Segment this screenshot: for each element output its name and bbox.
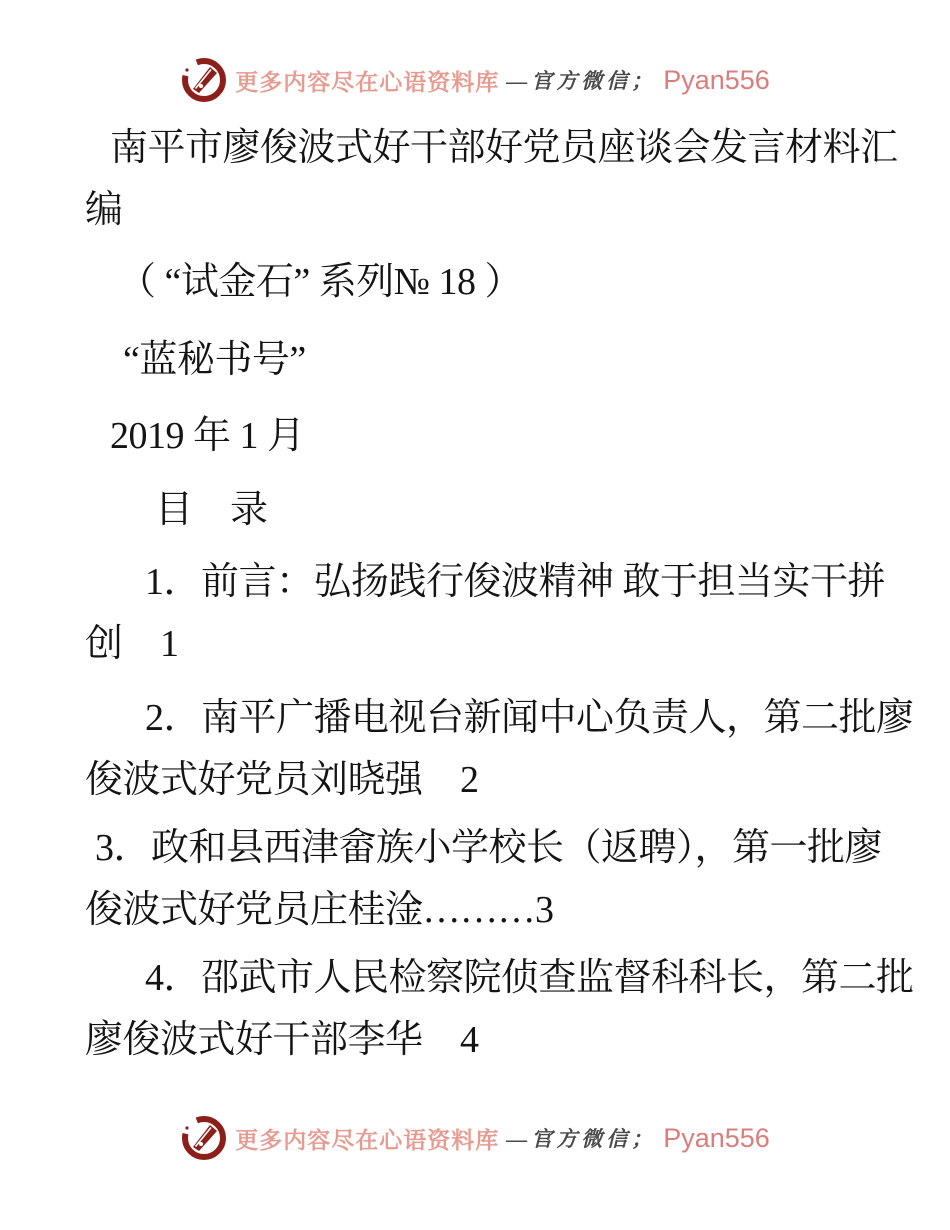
watermark-wechat-label: —官方微信；: [506, 65, 656, 95]
doc-title-line-1: 南平市廖俊波式好干部好党员座谈会发言材料汇: [85, 117, 890, 179]
toc-item-4-line-1: 4．邵武市人民检察院侦查监督科科长，第二批: [85, 947, 890, 1009]
toc-item-4-line-2: 廖俊波式好干部李华 4: [85, 1009, 890, 1071]
toc-item-2: 2．南平广播电视台新闻中心负责人，第二批廖 俊波式好党员刘晓强 2: [85, 687, 890, 811]
header-watermark: 更多内容尽在心语资料库 —官方微信； Pyan556: [0, 56, 950, 104]
toc-heading: 目 录: [85, 479, 890, 541]
toc-item-3: 3．政和县西津畲族小学校长（返聘），第一批廖 俊波式好党员庄桂淦………3: [85, 817, 890, 941]
toc-item-1-line-1: 1．前言：弘扬践行俊波精神 敢于担当实干拼: [85, 551, 890, 613]
watermark-text: 更多内容尽在心语资料库: [235, 1122, 499, 1155]
toc-item-1-line-2: 创 1: [85, 613, 890, 675]
watermark-text: 更多内容尽在心语资料库: [235, 64, 499, 97]
series-line: （ “试金石” 系列№ 18 ）: [85, 251, 890, 313]
toc-item-2-line-1: 2．南平广播电视台新闻中心负责人，第二批廖: [85, 687, 890, 749]
watermark-account: Pyan556: [663, 1123, 770, 1154]
toc-item-4: 4．邵武市人民检察院侦查监督科科长，第二批 廖俊波式好干部李华 4: [85, 947, 890, 1071]
document-content: 南平市廖俊波式好干部好党员座谈会发言材料汇 编 （ “试金石” 系列№ 18 ）…: [0, 117, 950, 1071]
subtitle-line: “蓝秘书号”: [85, 329, 890, 391]
toc-item-1: 1．前言：弘扬践行俊波精神 敢于担当实干拼 创 1: [85, 551, 890, 675]
toc-item-3-line-2: 俊波式好党员庄桂淦………3: [85, 879, 890, 941]
footer-watermark: 更多内容尽在心语资料库 —官方微信； Pyan556: [0, 1114, 950, 1162]
document-page: 更多内容尽在心语资料库 —官方微信； Pyan556 南平市廖俊波式好干部好党员…: [0, 0, 950, 1230]
pen-logo-icon: [180, 1114, 228, 1162]
pen-logo-icon: [180, 56, 228, 104]
watermark-wechat-label: —官方微信；: [506, 1123, 656, 1153]
date-line: 2019 年 1 月: [85, 405, 890, 467]
toc-item-3-line-1: 3．政和县西津畲族小学校长（返聘），第一批廖: [85, 817, 890, 879]
doc-title-line-2: 编: [85, 179, 890, 241]
toc-item-2-line-2: 俊波式好党员刘晓强 2: [85, 749, 890, 811]
watermark-account: Pyan556: [663, 65, 770, 96]
